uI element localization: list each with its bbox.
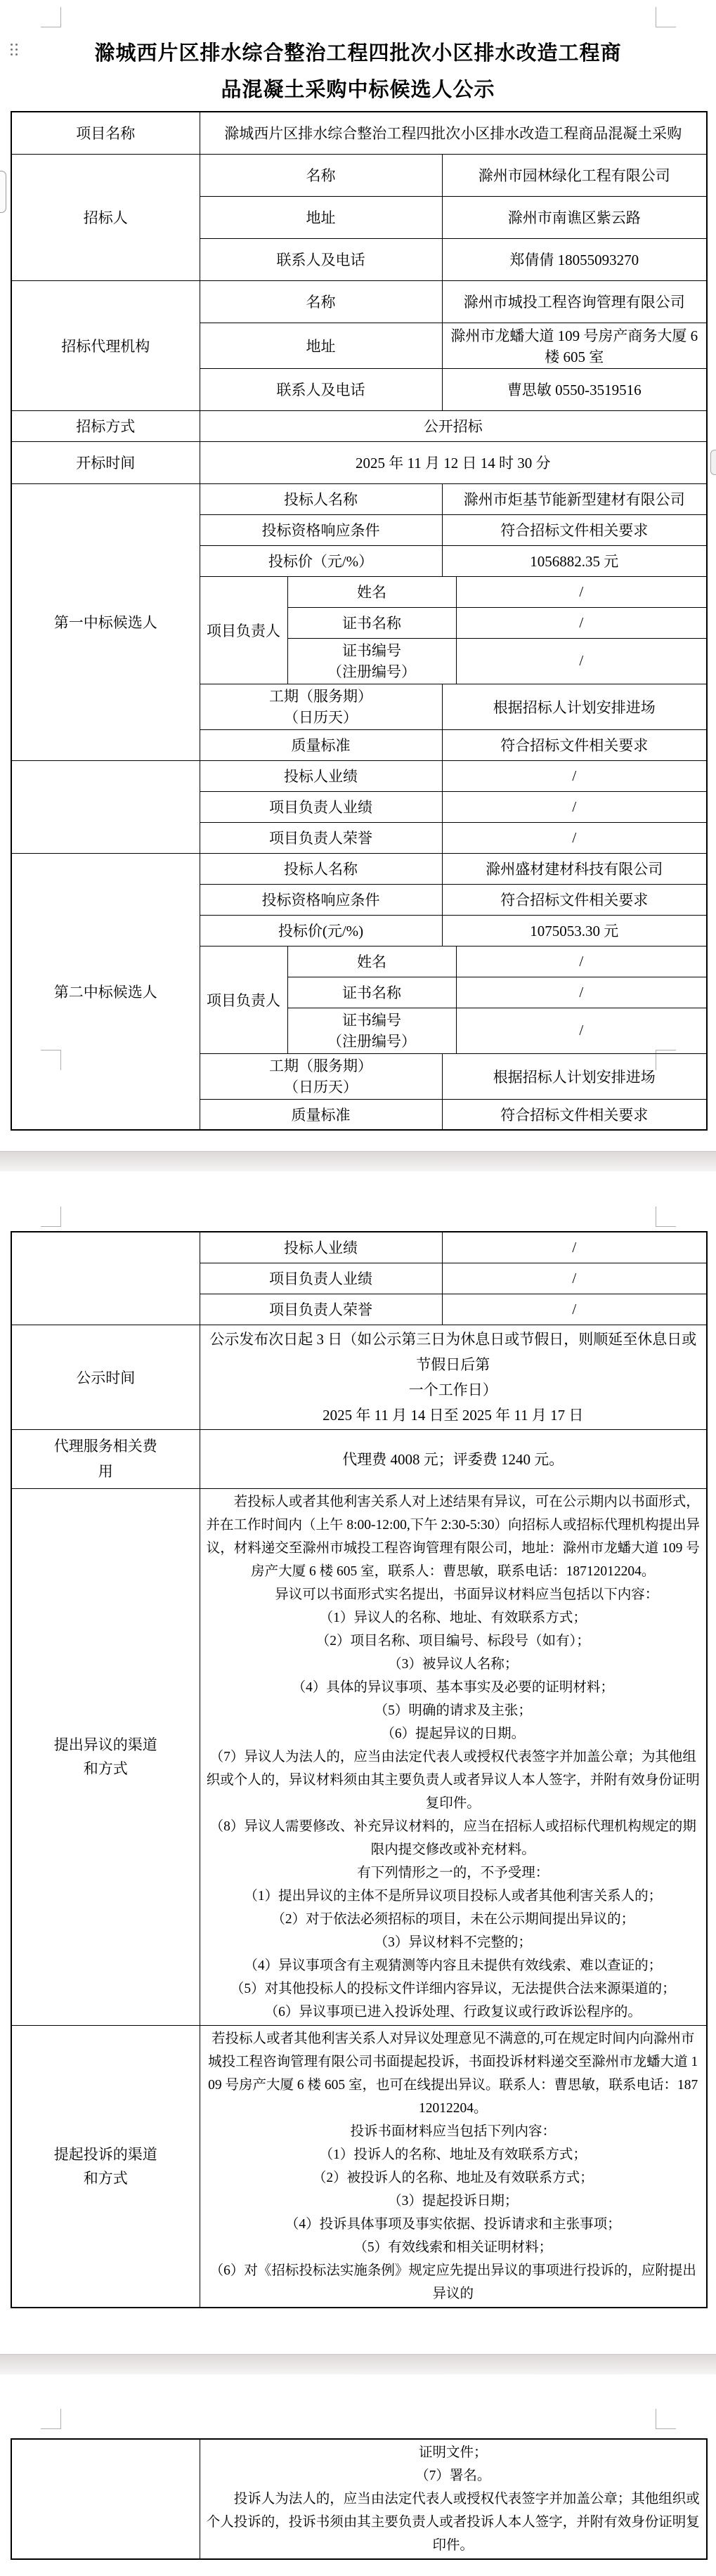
paragraph: （3）异议材料不完整的；: [206, 1931, 701, 1954]
tenderer-address-value: 滁州市南谯区紫云路: [442, 196, 707, 238]
agency-section-label: 招标代理机构: [11, 280, 200, 410]
table-row: 提起投诉的渠道 和方式 若投标人或者其他利害关系人对异议处理意见不满意的,可在规…: [11, 2025, 707, 2308]
table-row: 公示时间 公示发布次日起 3 日（如公示第三日为休息日或节假日，则顺延至休息日或…: [11, 1325, 707, 1429]
c2-pm-perf-label: 项目负责人业绩: [200, 1263, 442, 1294]
table-row: 开标时间 2025 年 11 月 12 日 14 时 30 分: [11, 441, 707, 483]
c1-pm-perf-label: 项目负责人业绩: [200, 791, 442, 822]
candidate1-section-label: 第一中标候选人: [11, 483, 200, 760]
left-edge-handle[interactable]: [0, 171, 6, 213]
complaint-channel-label: 提起投诉的渠道 和方式: [11, 2025, 200, 2308]
candidate2-continuation-cell: [11, 1232, 200, 1325]
paragraph: （5）对其他投标人的投标文件详细内容异议，无法提供合法来源渠道的；: [206, 1977, 701, 2001]
c1-quality-label: 质量标准: [200, 729, 442, 760]
page-separator: [0, 2354, 716, 2374]
paragraph: （6）提起异议的日期。: [206, 1722, 701, 1745]
c2-quality-label: 质量标准: [200, 1099, 442, 1130]
c1-price-label: 投标价（元/%）: [200, 545, 442, 576]
table-row: 投标人业绩 /: [11, 1232, 707, 1263]
paragraph: （4）具体的异议事项、基本事实及必要的证明材料；: [206, 1676, 701, 1699]
paragraph: （2）被投诉人的名称、地址及有效联系方式；: [206, 2166, 701, 2190]
complaint-continuation-content: 证明文件；（7）署名。 投诉人为法人的，应当由法定代表人或授权代表签字并加盖公章…: [200, 2439, 707, 2559]
c1-pm-label: 项目负责人: [200, 576, 287, 684]
c1-cert-no-value: /: [456, 638, 707, 684]
page1-top-left-corner-mark: [41, 7, 61, 27]
paragraph: （2）项目名称、项目编号、标段号（如有）；: [206, 1629, 701, 1653]
c1-quality-value: 符合招标文件相关要求: [442, 729, 707, 760]
paragraph: （5）有效线索和相关证明材料；: [206, 2236, 701, 2259]
table-row: 招标方式 公开招标: [11, 410, 707, 441]
c2-pm-honor-value: /: [442, 1294, 707, 1325]
c2-qualification-label: 投标资格响应条件: [200, 884, 442, 915]
bid-result-table-page3: 证明文件；（7）署名。 投诉人为法人的，应当由法定代表人或授权代表签字并加盖公章…: [11, 2438, 708, 2560]
c1-bidder-perf-label: 投标人业绩: [200, 760, 442, 791]
c2-duration-value: 根据招标人计划安排进场: [442, 1053, 707, 1099]
paragraph: （8）异议人需要修改、补充异议材料的，应当在招标人或招标代理机构规定的期限内提交…: [206, 1815, 701, 1861]
document-canvas: 滁城西片区排水综合整治工程四批次小区排水改造工程商 品混凝土采购中标候选人公示 …: [0, 0, 716, 2576]
c2-bidder-perf-value: /: [442, 1232, 707, 1263]
c2-pm-name-label: 姓名: [287, 946, 456, 977]
table-row: 招标代理机构 名称 滁州市城投工程咨询管理有限公司: [11, 280, 707, 323]
objection-channel-content: 若投标人或者其他利害关系人对上述结果有异议，可在公示期内以书面形式，并在工作时间…: [200, 1488, 707, 2025]
agency-address-label: 地址: [200, 323, 442, 368]
c2-price-value: 1075053.30 元: [442, 915, 707, 946]
paragraph: （6）异议事项已进入投诉处理、行政复议或行政诉讼程序的。: [206, 2001, 701, 2024]
paragraph: （3）提起投诉日期；: [206, 2190, 701, 2213]
tenderer-name-value: 滁州市园林绿化工程有限公司: [442, 154, 707, 196]
table-row: 项目名称 滁城西片区排水综合整治工程四批次小区排水改造工程商品混凝土采购: [11, 112, 707, 154]
publicity-time-label: 公示时间: [11, 1325, 200, 1429]
c1-qualification-value: 符合招标文件相关要求: [442, 514, 707, 545]
paragraph: 异议可以书面形式实名提出，书面异议材料应当包括以下内容：: [206, 1583, 701, 1606]
tenderer-section-label: 招标人: [11, 154, 200, 280]
c1-duration-label: 工期（服务期） （日历天）: [200, 684, 442, 729]
bid-result-table-page2: 投标人业绩 / 项目负责人业绩 / 项目负责人荣誉 / 公示时间 公示发布次日起…: [11, 1231, 708, 2308]
c2-price-label: 投标价(元/%): [200, 915, 442, 946]
c2-bidder-perf-label: 投标人业绩: [200, 1232, 442, 1263]
agency-name-label: 名称: [200, 280, 442, 323]
c2-bidder-name-value: 滁州盛材建材科技有限公司: [442, 853, 707, 884]
c2-pm-label: 项目负责人: [200, 946, 287, 1053]
c2-qualification-value: 符合招标文件相关要求: [442, 884, 707, 915]
agency-fee-label: 代理服务相关费 用: [11, 1429, 200, 1488]
c2-pm-perf-value: /: [442, 1263, 707, 1294]
c2-bidder-name-label: 投标人名称: [200, 853, 442, 884]
c1-cert-no-label: 证书编号 （注册编号）: [287, 638, 456, 684]
c1-bidder-name-value: 滁州市炬基节能新型建材有限公司: [442, 483, 707, 514]
project-name-value: 滁城西片区排水综合整治工程四批次小区排水改造工程商品混凝土采购: [200, 112, 707, 154]
page3-top-right-corner-mark: [656, 2409, 676, 2429]
c2-cert-name-label: 证书名称: [287, 977, 456, 1008]
page-separator: [0, 1151, 716, 1171]
paragraph: （6）对《招标投标法实施条例》规定应先提出异议的事项进行投诉的，应附提出异议的: [206, 2259, 701, 2305]
open-time-label: 开标时间: [11, 441, 200, 483]
c1-pm-honor-label: 项目负责人荣誉: [200, 822, 442, 853]
project-name-label: 项目名称: [11, 112, 200, 154]
publicity-time-value: 公示发布次日起 3 日（如公示第三日为休息日或节假日，则顺延至休息日或节假日后第…: [200, 1325, 707, 1429]
page3-top-left-corner-mark: [41, 2409, 61, 2429]
c2-duration-label: 工期（服务期） （日历天）: [200, 1053, 442, 1099]
paragraph: 投诉书面材料应当包括下列内容：: [206, 2120, 701, 2143]
paragraph: （2）对于依法必须招标的项目，未在公示期间提出异议的；: [206, 1908, 701, 1931]
bid-result-table-page1: 项目名称 滁城西片区排水综合整治工程四批次小区排水改造工程商品混凝土采购 招标人…: [11, 111, 708, 1131]
agency-address-value: 滁州市龙蟠大道 109 号房产商务大厦 6 楼 605 室: [442, 323, 707, 368]
c1-price-value: 1056882.35 元: [442, 545, 707, 576]
c1-cert-name-value: /: [456, 607, 707, 638]
table-row: 招标人 名称 滁州市园林绿化工程有限公司: [11, 154, 707, 196]
c1-cert-name-label: 证书名称: [287, 607, 456, 638]
paragraph: 证明文件；: [206, 2441, 701, 2464]
c1-pm-perf-value: /: [442, 791, 707, 822]
tenderer-address-label: 地址: [200, 196, 442, 238]
method-value: 公开招标: [200, 410, 707, 441]
page-title: 滁城西片区排水综合整治工程四批次小区排水改造工程商 品混凝土采购中标候选人公示: [0, 35, 716, 108]
c2-cert-name-value: /: [456, 977, 707, 1008]
c1-pm-honor-value: /: [442, 822, 707, 853]
complaint-channel-content: 若投标人或者其他利害关系人对异议处理意见不满意的,可在规定时间内向滁州市城投工程…: [200, 2025, 707, 2308]
c2-cert-no-label: 证书编号 （注册编号）: [287, 1008, 456, 1053]
paragraph: 若投标人或者其他利害关系人对上述结果有异议，可在公示期内以书面形式，并在工作时间…: [206, 1490, 701, 1583]
paragraph: （1）提出异议的主体不是所异议项目投标人或者其他利害关系人的；: [206, 1885, 701, 1908]
page2-top-left-corner-mark: [41, 1206, 61, 1227]
agency-fee-value: 代理费 4008 元；评委费 1240 元。: [200, 1429, 707, 1488]
c1-qualification-label: 投标资格响应条件: [200, 514, 442, 545]
table-row: 第二中标候选人 投标人名称 滁州盛材建材科技有限公司: [11, 853, 707, 884]
paragraph: （4）异议事项含有主观猜测等内容且未提供有效线索、难以查证的；: [206, 1954, 701, 1977]
page2-top-right-corner-mark: [656, 1206, 676, 1227]
tenderer-contact-label: 联系人及电话: [200, 238, 442, 280]
agency-contact-label: 联系人及电话: [200, 368, 442, 410]
c2-pm-honor-label: 项目负责人荣誉: [200, 1294, 442, 1325]
paragraph: 若投标人或者其他利害关系人对异议处理意见不满意的,可在规定时间内向滁州市城投工程…: [206, 2027, 701, 2120]
paragraph: （5）明确的请求及主张；: [206, 1699, 701, 1722]
paragraph: （1）投诉人的名称、地址及有效联系方式；: [206, 2143, 701, 2166]
paragraph: （4）投诉具体事项及事实依据、投诉请求和主张事项；: [206, 2213, 701, 2236]
agency-contact-value: 曹思敏 0550-3519516: [442, 368, 707, 410]
candidate2-section-label: 第二中标候选人: [11, 853, 200, 1130]
c2-pm-name-value: /: [456, 946, 707, 977]
complaint-continuation-label-cell: [11, 2439, 200, 2559]
c1-bidder-perf-value: /: [442, 760, 707, 791]
paragraph: 投诉人为法人的，应当由法定代表人或授权代表签字并加盖公章；其他组织或个人投诉的，…: [206, 2487, 701, 2557]
paragraph: （1）异议人的名称、地址、有效联系方式；: [206, 1606, 701, 1629]
agency-name-value: 滁州市城投工程咨询管理有限公司: [442, 280, 707, 323]
method-label: 招标方式: [11, 410, 200, 441]
table-row: 投标人业绩 /: [11, 760, 707, 791]
tenderer-contact-value: 郑倩倩 18055093270: [442, 238, 707, 280]
table-row: 代理服务相关费 用 代理费 4008 元；评委费 1240 元。: [11, 1429, 707, 1488]
paragraph: （3）被异议人名称；: [206, 1653, 701, 1676]
c2-cert-no-value: /: [456, 1008, 707, 1053]
c2-quality-value: 符合招标文件相关要求: [442, 1099, 707, 1130]
table-row: 证明文件；（7）署名。 投诉人为法人的，应当由法定代表人或授权代表签字并加盖公章…: [11, 2439, 707, 2559]
page1-top-right-corner-mark: [656, 7, 676, 27]
paragraph: （7）署名。: [206, 2464, 701, 2487]
scrollbar-thumb[interactable]: [710, 450, 716, 475]
open-time-value: 2025 年 11 月 12 日 14 时 30 分: [200, 441, 707, 483]
c1-pm-name-label: 姓名: [287, 576, 456, 607]
c1-duration-value: 根据招标人计划安排进场: [442, 684, 707, 729]
table-row: 第一中标候选人 投标人名称 滁州市炬基节能新型建材有限公司: [11, 483, 707, 514]
objection-channel-label: 提出异议的渠道 和方式: [11, 1488, 200, 2025]
paragraph: 有下列情形之一的，不予受理：: [206, 1861, 701, 1885]
tenderer-name-label: 名称: [200, 154, 442, 196]
paragraph: （7）异议人为法人的，应当由法定代表人或授权代表签字并加盖公章；为其他组织或个人…: [206, 1745, 701, 1815]
candidate1-extra-section-cell: [11, 760, 200, 853]
table-row: 提出异议的渠道 和方式 若投标人或者其他利害关系人对上述结果有异议，可在公示期内…: [11, 1488, 707, 2025]
c1-bidder-name-label: 投标人名称: [200, 483, 442, 514]
c1-pm-name-value: /: [456, 576, 707, 607]
